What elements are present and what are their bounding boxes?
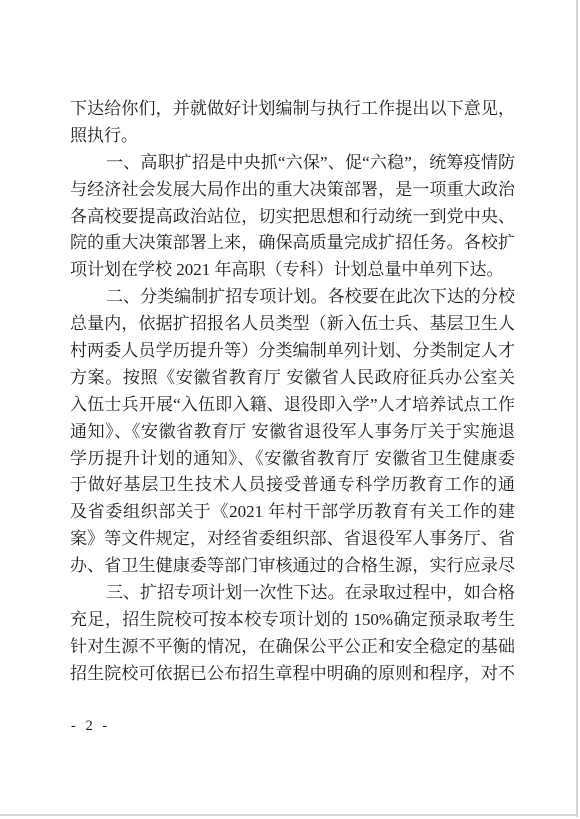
text-line: 充足，招生院校可按本校专项计划的 150%确定预录取考生名单。 (70, 607, 515, 634)
document-body: 下达给你们，并就做好计划编制与执行工作提出以下意见，请遵照执行。一、高职扩招是中… (70, 96, 515, 688)
text-line: 针对生源不平衡的情况，在确保公平公正和安全稳定的基础上， (70, 634, 515, 661)
text-line: 案》等文件规定，对经省委组织部、省退役军人事务厅、省征兵 (70, 526, 515, 553)
page-edge-right-shadow (576, 0, 578, 817)
text-line: 下达给你们，并就做好计划编制与执行工作提出以下意见，请遵 (70, 96, 515, 123)
text-line: 与经济社会发展大局作出的重大决策部署，是一项重大政治任务。 (70, 177, 515, 204)
text-line: 二、分类编制扩招专项计划。各校要在此次下达的分校计划 (70, 284, 515, 311)
text-line: 及省委组织部关于《2021 年村干部学历教育有关工作的建议方 (70, 499, 515, 526)
page-edge-bottom-shadow (0, 814, 578, 816)
text-line: 招生院校可依据已公布招生章程中明确的原则和程序，对不同类 (70, 661, 515, 688)
page-number: - 2 - (71, 716, 110, 736)
text-line: 照执行。 (70, 123, 515, 150)
document-page: 下达给你们，并就做好计划编制与执行工作提出以下意见，请遵照执行。一、高职扩招是中… (0, 0, 580, 819)
text-line: 办、省卫生健康委等部门审核通过的合格生源，实行应录尽录。 (70, 553, 515, 580)
text-line: 方案。按照《安徽省教育厅 安徽省人民政府征兵办公室关于对新 (70, 365, 515, 392)
text-line: 通知》、《安徽省教育厅 安徽省退役军人事务厅关于实施退役军人 (70, 419, 515, 446)
text-line: 三、扩招专项计划一次性下达。在录取过程中，如合格生源 (70, 580, 515, 607)
text-line: 入伍士兵开展“入伍即入籍、退役即入学”人才培养试点工作的 (70, 392, 515, 419)
text-line: 总量内，依据扩招报名人员类型（新入伍士兵、基层卫生人员和 (70, 311, 515, 338)
text-line: 于做好基层卫生技术人员接受普通专科学历教育工作的通知》，以 (70, 472, 515, 499)
text-line: 各高校要提高政治站位，切实把思想和行动统一到党中央、国务 (70, 204, 515, 231)
text-line: 项计划在学校 2021 年高职（专科）计划总量中单列下达。 (70, 257, 515, 284)
text-line: 学历提升计划的通知》、《安徽省教育厅 安徽省卫生健康委员会关 (70, 446, 515, 473)
text-line: 一、高职扩招是中央抓“六保”、促“六稳”，统筹疫情防控 (70, 150, 515, 177)
text-line: 院的重大决策部署上来，确保高质量完成扩招任务。各校扩招专 (70, 230, 515, 257)
text-line: 村两委人员学历提升等）分类编制单列计划、分类制定人才培养 (70, 338, 515, 365)
